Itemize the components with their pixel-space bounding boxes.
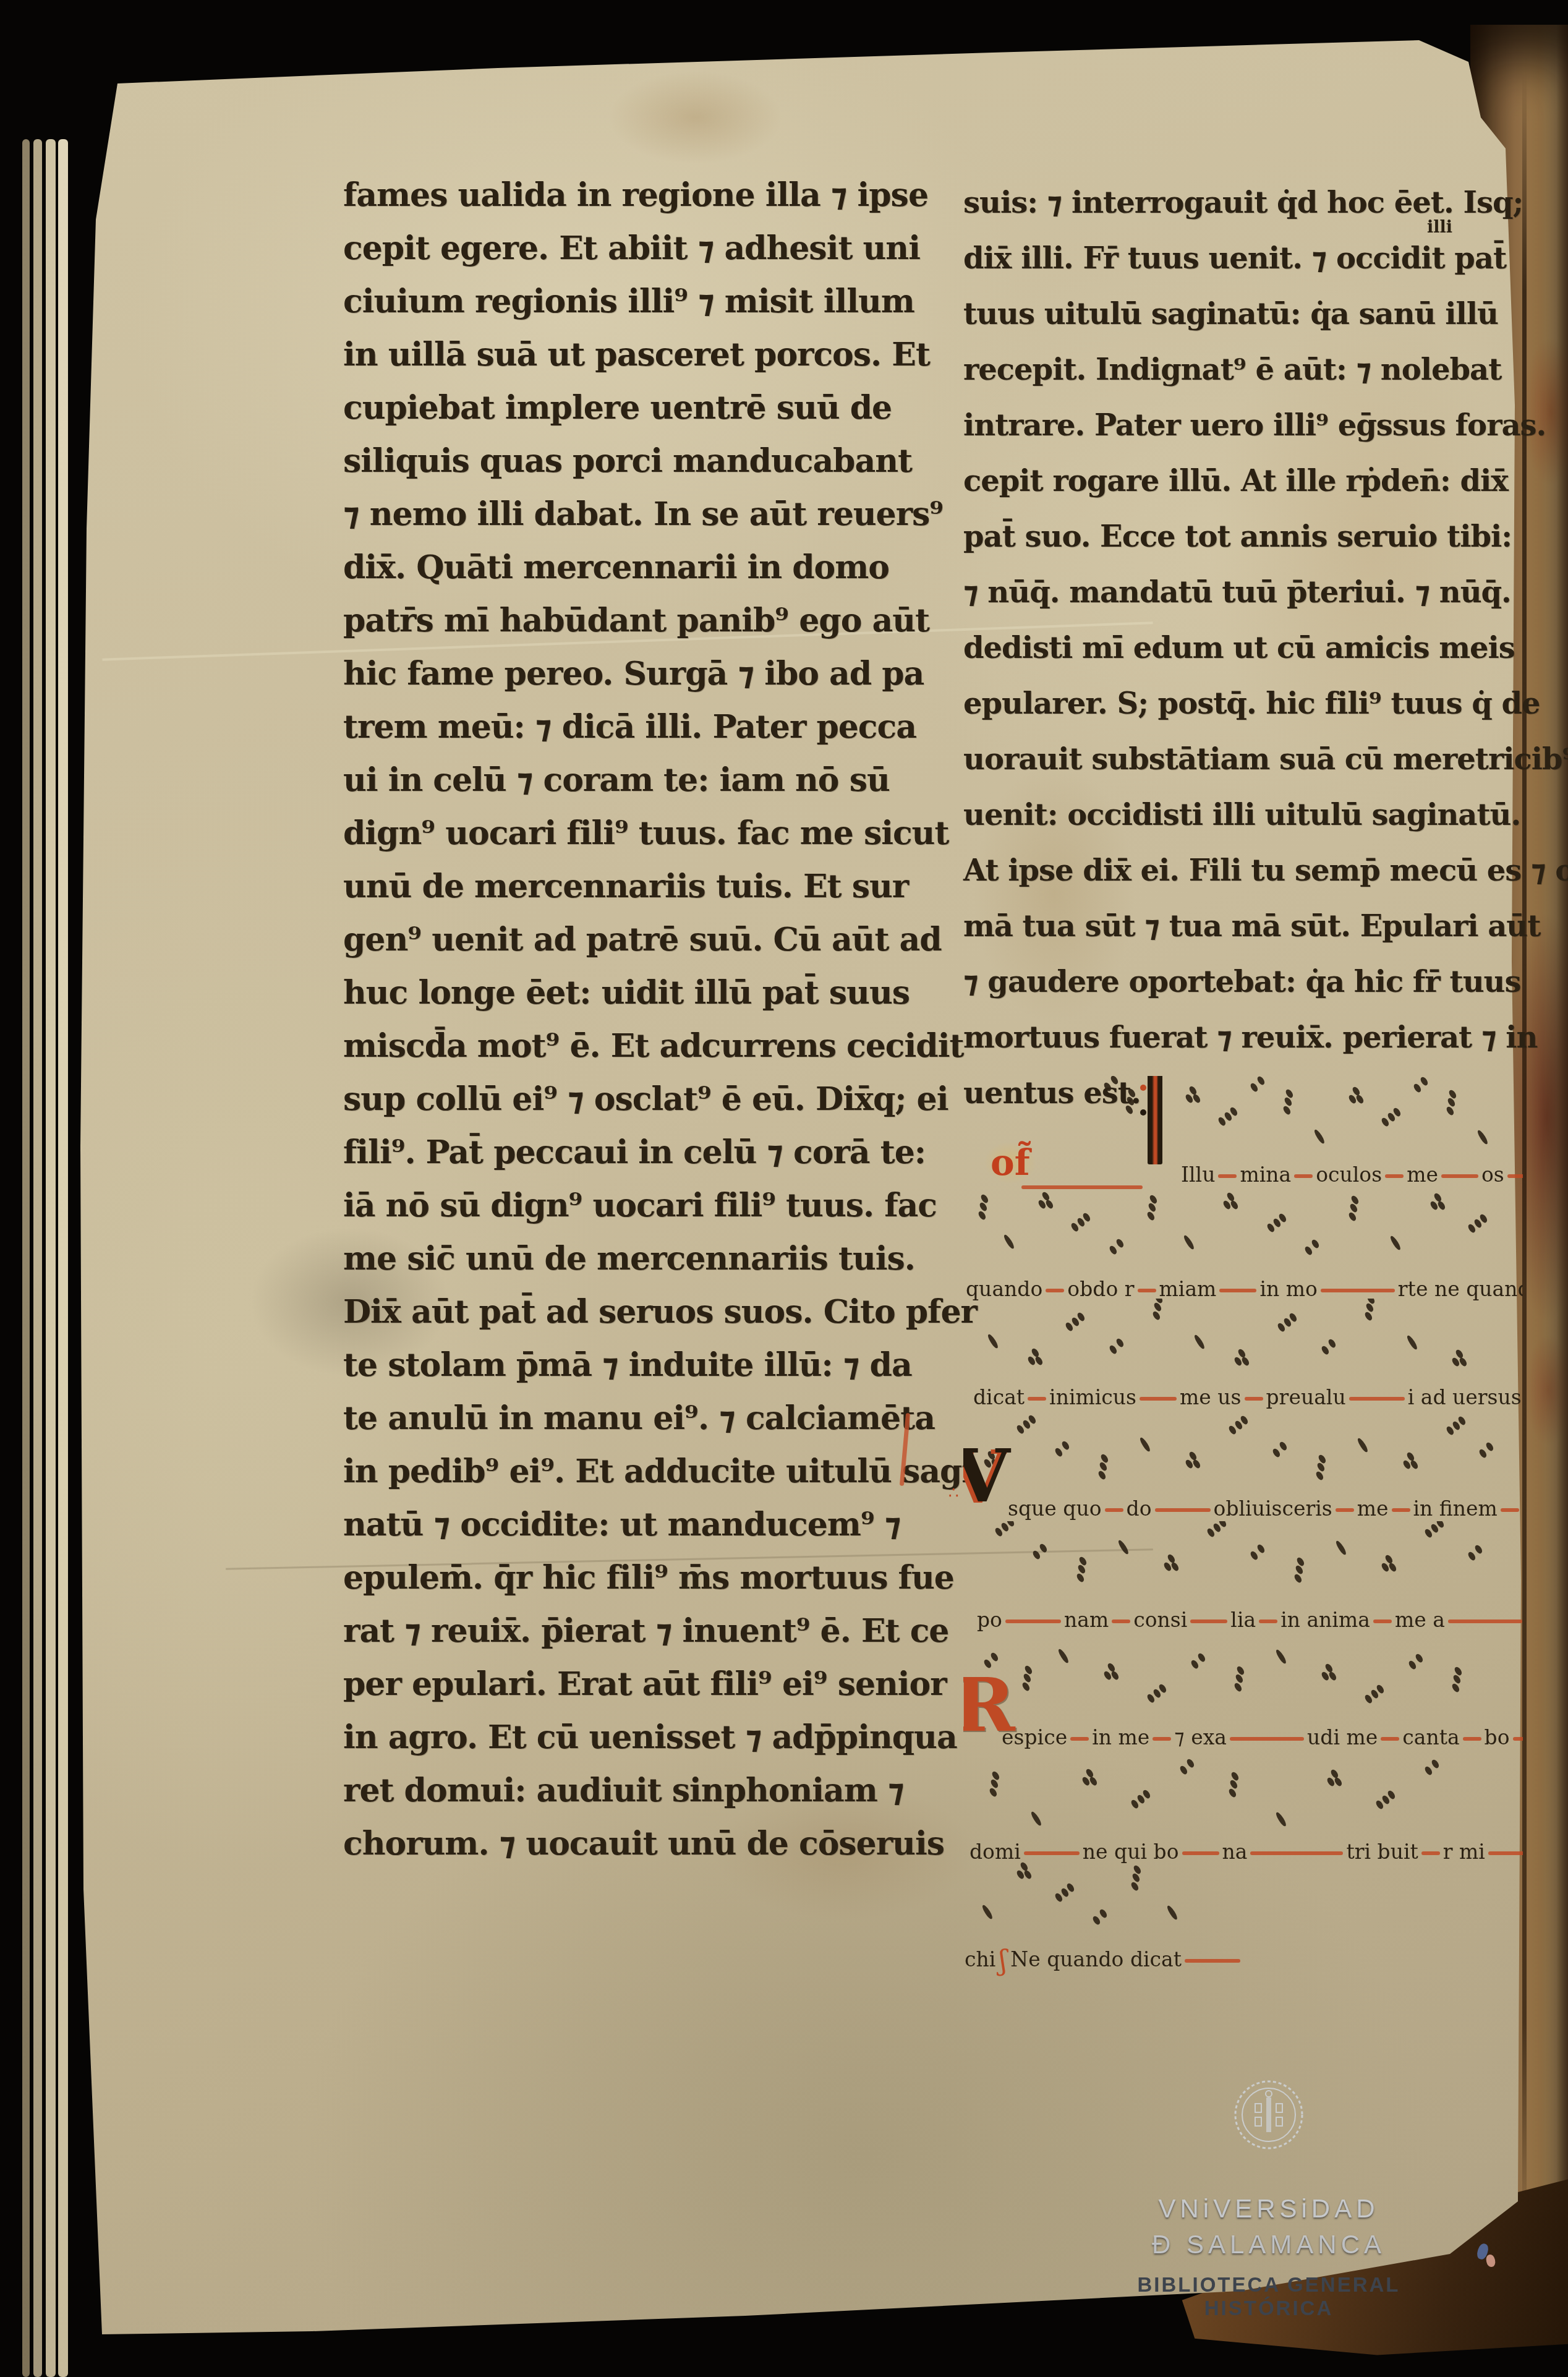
chant-lyric-row: ponamconsiliain animame a bbox=[977, 1608, 1523, 1632]
neume-mark bbox=[1057, 1648, 1070, 1664]
neume-mark bbox=[1278, 1441, 1288, 1451]
neume-mark bbox=[1321, 1345, 1331, 1355]
chant-lyric: mina bbox=[1240, 1163, 1291, 1187]
neume-mark bbox=[1402, 1459, 1412, 1470]
chant-line: dicatinimicusme uspreualui ad uersus eum bbox=[963, 1299, 1523, 1422]
neume-mark bbox=[1054, 1447, 1063, 1457]
latin-text-line: epulem̄. q̄r hic fili⁹ m̄s mortuus fue bbox=[343, 1559, 954, 1597]
latin-text-line: ui in celū ⁊ coram te: iam nō sū bbox=[343, 761, 890, 799]
latin-text-line: sup collū ei⁹ ⁊ osclat⁹ ē eū. Dix̄q; ei bbox=[343, 1080, 948, 1118]
red-ruling-line bbox=[1336, 1508, 1354, 1512]
neume-mark bbox=[1108, 1245, 1118, 1255]
red-ruling-line bbox=[1381, 1737, 1399, 1741]
neume-mark bbox=[1431, 1759, 1441, 1769]
red-ruling-line bbox=[1028, 1397, 1046, 1401]
chant-lyric: po bbox=[977, 1608, 1002, 1632]
latin-text-line: dedisti mī edum ut cū amicis meis bbox=[963, 631, 1515, 665]
chant-lyric: bo bbox=[1485, 1725, 1510, 1749]
neume-mark bbox=[1420, 1076, 1430, 1086]
latin-text-line: intrare. Pater uero illi⁹ eḡssus foras. bbox=[963, 408, 1546, 443]
chant-lyric: miam bbox=[1159, 1277, 1217, 1301]
latin-text-line: mortuus fuerat ⁊ reuix̄. perierat ⁊ in bbox=[963, 1020, 1537, 1055]
chant-line: chiʃNe quando dicat bbox=[963, 1855, 1523, 1979]
neume-mark bbox=[1326, 1777, 1336, 1787]
latin-text-line: Dix̄ aūt pat̄ ad seruos suos. Cito pfer bbox=[343, 1293, 977, 1331]
red-ruling-line bbox=[1218, 1174, 1237, 1178]
chant-lyric-row: sque quodoobliuiscerismein finemquam di … bbox=[1008, 1496, 1523, 1521]
latin-text-line: siliquis quas porci manducabant bbox=[343, 442, 912, 480]
neume-mark bbox=[1430, 1200, 1439, 1211]
chant-line: Vsque quodoobliuiscerismein finemquam di… bbox=[963, 1410, 1523, 1534]
chant-line: Respicein me⁊ exaudi mecantabo bbox=[963, 1639, 1523, 1762]
neume-mark bbox=[1026, 1355, 1036, 1366]
chant-lyric: nam bbox=[1064, 1608, 1109, 1632]
latin-text-line: in agro. Et cū uenisset ⁊ adp̄pinqua bbox=[343, 1718, 957, 1756]
folio-edge-strip bbox=[46, 139, 56, 2377]
red-ruling-line bbox=[1513, 1737, 1523, 1741]
neume-mark bbox=[1275, 1811, 1288, 1827]
latin-text-line: miscd̄a mot⁹ ē. Et adcurrens cecidit bbox=[343, 1027, 963, 1065]
chant-line: quandoobdo rmiamin morte ne quando bbox=[963, 1190, 1523, 1314]
red-verse-mark: ʃ bbox=[999, 1945, 1007, 1977]
neume-mark bbox=[1424, 1765, 1434, 1776]
latin-text-line: natū ⁊ occidite: ut manducem⁹ ⁊ bbox=[343, 1506, 900, 1543]
latin-text-line: uorauit substātiam suā cū meretricib⁹ bbox=[963, 742, 1568, 777]
latin-text-line: me sic̄ unū de mercennariis tuis. bbox=[343, 1240, 915, 1278]
neume-mark bbox=[981, 1904, 994, 1920]
neume-mark bbox=[1185, 1459, 1195, 1469]
latin-text-line: in uillā suā ut pasceret porcos. Et bbox=[343, 336, 930, 373]
red-ruling-line bbox=[1155, 1508, 1211, 1512]
chant-lyric: me bbox=[1357, 1496, 1389, 1521]
red-ruling-line bbox=[1294, 1174, 1313, 1178]
red-ruling-line bbox=[1448, 1620, 1522, 1623]
neume-mark bbox=[1405, 1334, 1418, 1351]
neume-mark bbox=[1313, 1129, 1326, 1145]
neume-mark bbox=[1256, 1076, 1266, 1086]
red-ruling-line bbox=[1349, 1397, 1405, 1401]
neume-mark bbox=[1414, 1653, 1424, 1663]
watermark-library: BIBLIOTECA GENERAL HISTÓRICA bbox=[1077, 2273, 1460, 2320]
neume-mark bbox=[1413, 1083, 1423, 1093]
neume-mark bbox=[1162, 1561, 1172, 1572]
neume-mark bbox=[1321, 1671, 1331, 1681]
chant-lyric: dicat bbox=[973, 1385, 1025, 1409]
chant-lyric: in me bbox=[1092, 1725, 1149, 1749]
neume-mark bbox=[1193, 1334, 1206, 1350]
neume-mark bbox=[1190, 1659, 1199, 1670]
neume-mark bbox=[1103, 1670, 1113, 1681]
neume-mark bbox=[1282, 1105, 1292, 1116]
chant-lyric: lia bbox=[1230, 1608, 1256, 1632]
red-ruling-line bbox=[1105, 1508, 1123, 1512]
chant-lyric-row: chiʃNe quando dicat bbox=[965, 1942, 1243, 1973]
neume-mark bbox=[1304, 1245, 1314, 1256]
chant-lyric: Illu bbox=[1181, 1163, 1215, 1187]
latin-text-line: cepit rogare illū. At ille rṗden̄: dix̄ bbox=[963, 464, 1508, 498]
neume-mark bbox=[1021, 1681, 1031, 1692]
neume-mark bbox=[1407, 1660, 1417, 1670]
illuminated-initial-V: V bbox=[963, 1440, 1010, 1513]
chant-lyric: sque quo bbox=[1008, 1496, 1102, 1521]
chant-lyric: in anima bbox=[1280, 1608, 1370, 1632]
latin-text-line: fili⁹. Pat̄ peccaui in celū ⁊ corā te: bbox=[343, 1133, 926, 1171]
red-ruling-line bbox=[1046, 1289, 1064, 1292]
latin-text-line: patr̄s mī habūdant panib⁹ ego aūt bbox=[343, 602, 929, 639]
chant-lyric: quando bbox=[966, 1277, 1042, 1301]
folio-edge-strip bbox=[22, 139, 30, 2377]
latin-text-line: epularer. S; postq̄. hic fili⁹ tuus q̇ d… bbox=[963, 686, 1540, 721]
neume-mark bbox=[1139, 1436, 1152, 1453]
latin-text-line: mā tua sūt ⁊ tua mā sūt. Epulari aūt bbox=[963, 909, 1540, 944]
neume-mark bbox=[1293, 1573, 1303, 1584]
neume-mark bbox=[1076, 1573, 1086, 1583]
red-ruling-line bbox=[1005, 1620, 1061, 1623]
latin-text-line: pat̄ suo. Ecce tot annis seruio tibi: bbox=[963, 519, 1512, 554]
neume-mark bbox=[1380, 1562, 1390, 1573]
neume-mark bbox=[1485, 1441, 1495, 1452]
neume-mark bbox=[1364, 1311, 1374, 1321]
latin-text-line: dign⁹ uocari fili⁹ tuus. fac me sicut bbox=[343, 814, 948, 852]
illuminated-initial-I bbox=[1148, 1076, 1162, 1164]
chant-lyric: quam di u bbox=[1522, 1496, 1523, 1521]
neume-mark bbox=[1446, 1106, 1455, 1116]
latin-text-line: in pedib⁹ ei⁹. Et adducite uitulū sagi bbox=[343, 1453, 973, 1490]
neume-mark bbox=[1335, 1540, 1348, 1556]
latin-text-line: dix̄. Quāti mercennarii in domo bbox=[343, 548, 889, 586]
chant-lyric: os bbox=[1481, 1163, 1504, 1187]
chant-lyric: oculos bbox=[1316, 1163, 1382, 1187]
latin-text-line: ⁊ gaudere oportebat: q̇a hic fr̄ tuus bbox=[963, 965, 1521, 999]
chant-lyric: in mo bbox=[1259, 1277, 1317, 1301]
chant-lyric: me bbox=[1407, 1163, 1438, 1187]
neume-mark bbox=[1186, 1758, 1196, 1769]
neume-mark bbox=[1478, 1448, 1488, 1459]
neume-mark bbox=[1389, 1235, 1402, 1251]
red-ruling-line bbox=[1441, 1174, 1478, 1178]
neume-mark bbox=[1234, 1682, 1243, 1692]
neume-mark bbox=[1039, 1543, 1049, 1553]
folio-edge-strip bbox=[33, 139, 42, 2377]
red-ruling-line bbox=[1185, 1959, 1240, 1963]
neume-mark bbox=[1476, 1129, 1489, 1145]
chant-notation-section: Illuminaoculosmeosnequandoobdo rmiamin m… bbox=[963, 1051, 1523, 1991]
watermark-university: VNiVERSiDAD bbox=[1114, 2194, 1423, 2224]
neume-mark bbox=[1030, 1811, 1043, 1827]
neume-mark bbox=[1097, 1470, 1107, 1480]
latin-text-line: tuus uitulū saginatū: q̇a sanū illū bbox=[963, 297, 1498, 331]
neume-mark bbox=[1092, 1915, 1102, 1926]
red-ruling-line bbox=[1230, 1737, 1304, 1741]
red-ruling-line bbox=[1501, 1508, 1519, 1512]
red-ruling-line bbox=[1190, 1620, 1227, 1623]
chant-lyric: chi bbox=[965, 1947, 995, 1971]
latin-text-line: dix̄ illi. Fr̄ tuus uenit. ⁊ occidit pat… bbox=[963, 241, 1506, 276]
neume-mark bbox=[1130, 1881, 1140, 1892]
neume-mark bbox=[1152, 1310, 1162, 1321]
chant-line: Illuminaoculosmeosne bbox=[963, 1076, 1523, 1200]
chant-lyric: udi me bbox=[1307, 1725, 1378, 1749]
neume-mark bbox=[1166, 1905, 1179, 1921]
chant-line: ponamconsiliain animame a bbox=[963, 1521, 1523, 1645]
chant-lyric: inimicus bbox=[1049, 1385, 1136, 1409]
neume-mark bbox=[1348, 1094, 1358, 1104]
red-ruling-line bbox=[1392, 1508, 1410, 1512]
neume-mark bbox=[1250, 1082, 1259, 1093]
neume-mark bbox=[1115, 1338, 1125, 1348]
neume-mark bbox=[1467, 1551, 1477, 1561]
neume-mark bbox=[990, 1652, 1000, 1662]
red-ruling-line bbox=[1321, 1289, 1395, 1292]
latin-text-line: huc longe ēet: uidit illū pat̄ suus bbox=[343, 974, 910, 1012]
latin-text-line: ⁊ nūq̄. mandatū tuū p̄teriui. ⁊ nūq̄. bbox=[963, 575, 1511, 610]
chant-lyric: me us bbox=[1180, 1385, 1242, 1409]
latin-text-column-right: suis: ⁊ interrogauit q̇d hoc ēet. Isq;di… bbox=[963, 186, 1523, 1119]
latin-text-line: gen⁹ uenit ad patrē suū. Cū aūt ad bbox=[343, 921, 942, 958]
watermark-university-2: Ð SALAMANCA bbox=[1114, 2230, 1423, 2260]
chant-lyric-row: Illuminaoculosmeosne bbox=[1181, 1163, 1523, 1187]
neume-mark bbox=[978, 1210, 987, 1221]
neume-mark bbox=[1451, 1683, 1461, 1693]
red-ruling-line bbox=[1070, 1737, 1089, 1741]
latin-text-line: trem meū: ⁊ dicā illi. Pater pecca bbox=[343, 708, 916, 746]
parchment-stain bbox=[609, 71, 782, 164]
red-ruling-line bbox=[1138, 1289, 1156, 1292]
neume-mark bbox=[1196, 1652, 1206, 1663]
neume-mark bbox=[1060, 1440, 1070, 1451]
latin-text-line: iā nō sū dign⁹ uocari fili⁹ tuus. fac bbox=[343, 1187, 937, 1224]
chant-lyric: obdo r bbox=[1067, 1277, 1134, 1301]
chant-lyric: Ne quando dicat bbox=[1010, 1947, 1182, 1971]
latin-text-line: uenit: occidisti illi uitulū saginatū. bbox=[963, 798, 1520, 832]
latin-text-column-left: fames ualida in regione illa ⁊ ipsecepit… bbox=[343, 176, 927, 1883]
chant-lyric: i ad uersus e bbox=[1408, 1385, 1523, 1409]
red-ruling-line bbox=[1463, 1737, 1481, 1741]
neume-mark bbox=[1146, 1211, 1156, 1221]
latin-text-line: ⁊ nemo illi dabat. In se aūt reuers⁹ bbox=[343, 495, 943, 533]
latin-text-line: suis: ⁊ interrogauit q̇d hoc ēet. Isq; bbox=[963, 186, 1523, 220]
neume-mark bbox=[1275, 1649, 1288, 1665]
folio-edge-strip bbox=[58, 139, 68, 2377]
red-ruling-line bbox=[1112, 1620, 1130, 1623]
neume-mark bbox=[1179, 1765, 1189, 1775]
neume-mark bbox=[1108, 1344, 1118, 1355]
latin-text-line: unū de mercennariis tuis. Et sur bbox=[343, 868, 908, 905]
neume-mark bbox=[1003, 1234, 1016, 1250]
red-ruling-line bbox=[1245, 1397, 1263, 1401]
red-ruling-line bbox=[1385, 1174, 1404, 1178]
chant-lyric: consi bbox=[1133, 1608, 1187, 1632]
university-seal bbox=[1233, 2079, 1305, 2151]
page-gap-shadow bbox=[1522, 74, 1527, 2238]
chant-lyric: espice bbox=[1002, 1725, 1067, 1749]
red-ruling-line bbox=[1140, 1397, 1177, 1401]
neume-mark bbox=[1183, 1234, 1196, 1250]
latin-text-line: ret domui: audiuit sinphoniam ⁊ bbox=[343, 1772, 904, 1809]
chant-lyric: rte ne quando bbox=[1398, 1277, 1523, 1301]
latin-text-line: At ipse dix̄ ei. Fili tu semp̄ mecū es ⁊… bbox=[963, 853, 1568, 888]
neume-mark bbox=[1357, 1437, 1370, 1453]
neume-mark bbox=[1315, 1470, 1325, 1481]
red-ruling-line bbox=[1507, 1174, 1523, 1178]
neume-mark bbox=[987, 1333, 1000, 1349]
neume-mark bbox=[1115, 1238, 1125, 1248]
chant-lyric: ⁊ exa bbox=[1174, 1725, 1227, 1749]
manuscript-photo: fames ualida in regione illa ⁊ ipsecepit… bbox=[0, 0, 1568, 2377]
latin-text-line: fames ualida in regione illa ⁊ ipse bbox=[343, 176, 928, 214]
neume-mark bbox=[1228, 1788, 1238, 1798]
chant-lyric: do bbox=[1127, 1496, 1152, 1521]
latin-text-line: per epulari. Erat aūt fili⁹ ei⁹ senior bbox=[343, 1665, 947, 1703]
neume-mark bbox=[1250, 1550, 1259, 1561]
chant-lyric: obliuisceris bbox=[1214, 1496, 1332, 1521]
chant-lyric: canta bbox=[1402, 1725, 1459, 1749]
latin-text-line: te anulū in manu ei⁹. ⁊ calciamēta bbox=[343, 1399, 935, 1437]
neume-mark bbox=[1125, 1104, 1135, 1115]
neume-mark bbox=[1110, 1076, 1120, 1085]
chant-lyric-row: dicatinimicusme uspreualui ad uersus eum bbox=[973, 1385, 1523, 1409]
latin-text-line: cupiebat implere uentrē suū de bbox=[343, 389, 892, 427]
neume-mark bbox=[1311, 1239, 1321, 1249]
neume-mark bbox=[1271, 1448, 1281, 1458]
interlinear-gloss: illi bbox=[1427, 218, 1452, 237]
chant-lyric: preualu bbox=[1266, 1385, 1346, 1409]
latin-text-line: cepit egere. Et abiit ⁊ adhesit uni bbox=[343, 229, 920, 267]
chant-lyric: me a bbox=[1395, 1608, 1445, 1632]
chant-lyric-row: quandoobdo rmiamin morte ne quando bbox=[966, 1277, 1523, 1301]
red-ruling-line bbox=[1219, 1289, 1256, 1292]
red-ruling-line bbox=[1259, 1620, 1277, 1623]
neume-mark bbox=[1081, 1776, 1091, 1786]
latin-text-line: hic fame pereo. Surgā ⁊ ibo ad pa bbox=[343, 655, 924, 693]
latin-text-line: recepit. Indignat⁹ ē aūt: ⁊ nolebat bbox=[963, 352, 1501, 387]
neume-mark bbox=[1185, 1093, 1195, 1104]
red-ruling-line bbox=[1373, 1620, 1392, 1623]
neume-mark bbox=[1256, 1543, 1266, 1554]
neume-mark bbox=[989, 1787, 999, 1798]
neume-mark bbox=[1117, 1539, 1130, 1555]
latin-text-line: chorum. ⁊ uocauit unū de cōseruis bbox=[343, 1825, 944, 1863]
neume-mark bbox=[1348, 1211, 1358, 1222]
latin-text-line: rat ⁊ reuix̄. p̄ierat ⁊ inuent⁹ ē. Et ce bbox=[343, 1612, 948, 1650]
neume-mark bbox=[1103, 1082, 1113, 1092]
neume-mark bbox=[1327, 1338, 1337, 1349]
red-ruling-line bbox=[1153, 1737, 1171, 1741]
latin-text-line: ciuium regionis illi⁹ ⁊ misit illum bbox=[343, 283, 914, 320]
neume-mark bbox=[1032, 1550, 1042, 1560]
latin-text-line: te stolam p̄mā ⁊ induite illū: ⁊ da bbox=[343, 1346, 912, 1384]
neume-mark bbox=[1474, 1544, 1484, 1555]
chant-lyric-row: espicein me⁊ exaudi mecantabo bbox=[1002, 1725, 1523, 1749]
chant-lyric: in finem bbox=[1413, 1496, 1498, 1521]
neume-mark bbox=[1099, 1908, 1109, 1919]
